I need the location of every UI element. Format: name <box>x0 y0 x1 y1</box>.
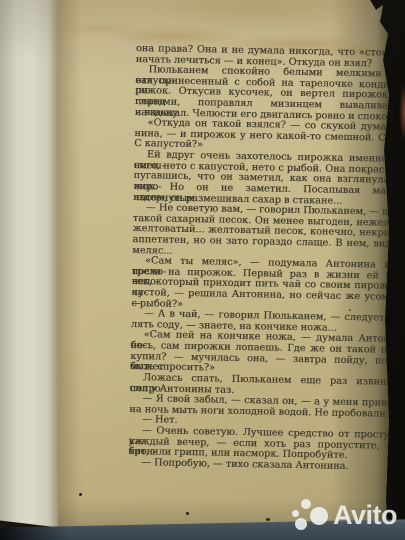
avito-logo-circle <box>310 507 328 525</box>
background-book-spine <box>392 72 405 152</box>
page-text: она права? Она и не думала никогда, что … <box>128 44 405 474</box>
paper-speck <box>349 309 351 311</box>
avito-watermark: Avito <box>292 499 397 531</box>
paper-speck <box>186 512 189 515</box>
paper-speck <box>79 493 82 496</box>
avito-logo-icon <box>292 499 328 531</box>
avito-brand-text: Avito <box>333 500 397 530</box>
book-photo: она права? Она и не думала никогда, что … <box>0 0 405 540</box>
avito-logo-circle <box>292 510 299 517</box>
avito-logo-circle <box>295 518 307 530</box>
facing-page-edge <box>0 0 62 530</box>
paper-speck <box>266 518 270 521</box>
avito-logo-circle <box>301 499 311 509</box>
book-page: она права? Она и не думала никогда, что … <box>58 0 392 532</box>
